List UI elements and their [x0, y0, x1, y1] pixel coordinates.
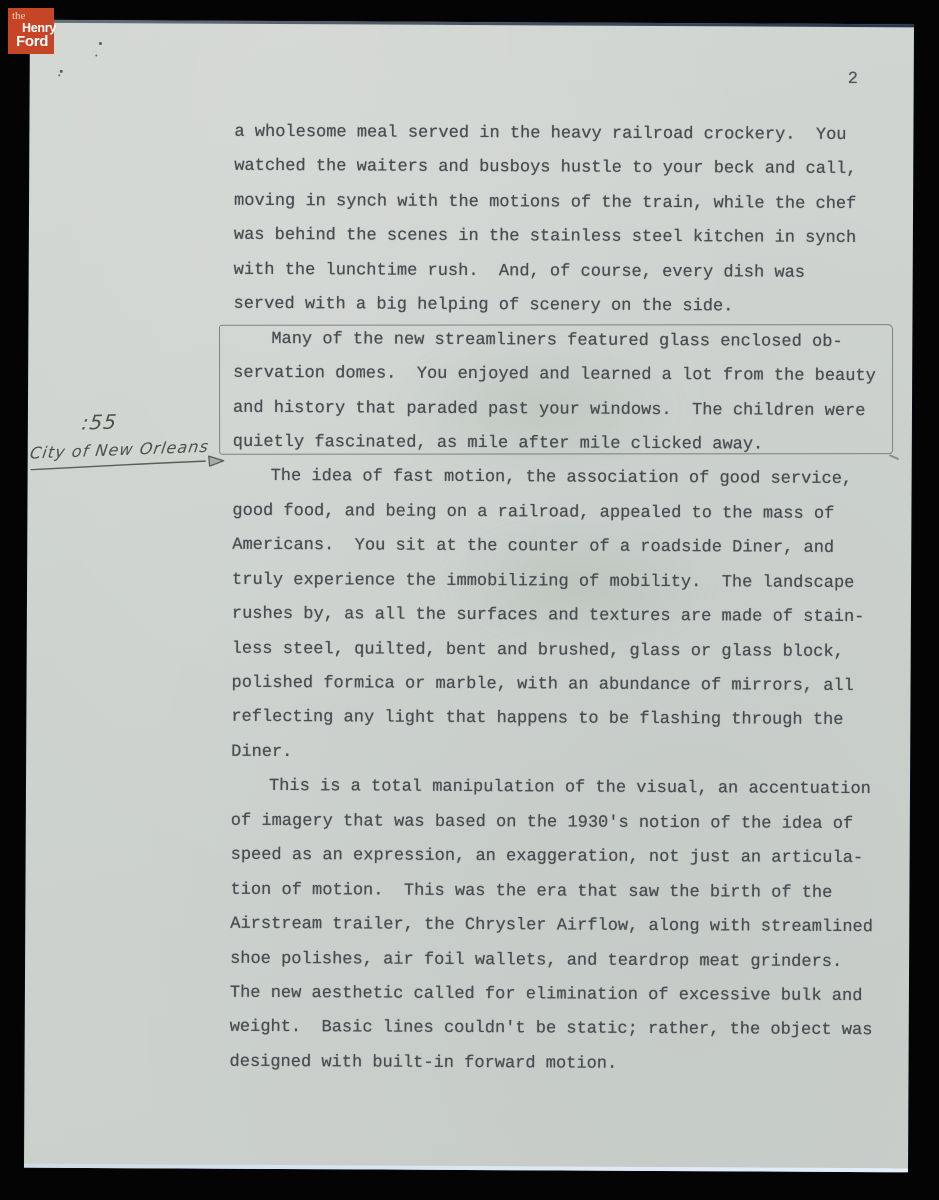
typescript-line: tion of motion. This was the era that sa…	[230, 873, 902, 911]
typescript-line: polished formica or marble, with an abun…	[231, 667, 903, 705]
typescript-line: Airstream trailer, the Chrysler Airflow,…	[230, 908, 902, 946]
typescript-line: rushes by, as all the surfaces and textu…	[232, 598, 904, 636]
typescript-line: designed with built-in forward motion.	[229, 1046, 901, 1084]
typescript-line: shoe polishes, air foil wallets, and tea…	[230, 942, 902, 980]
typescript-line: The idea of fast motion, the association…	[233, 460, 905, 498]
page-number: 2	[848, 70, 858, 89]
typescript-line: Americans. You sit at the counter of a r…	[232, 529, 904, 567]
typescript-line: speed as an expression, an exaggeration,…	[231, 839, 903, 877]
typescript-line: served with a big helping of scenery on …	[233, 288, 905, 326]
typescript-line: Many of the new streamliners featured gl…	[233, 322, 905, 360]
paper-bottom-edge	[24, 1164, 908, 1173]
ink-speck	[99, 42, 102, 45]
typescript-line: The new aesthetic called for elimination…	[230, 977, 902, 1015]
henry-ford-logo: the Henry Ford	[8, 8, 54, 54]
ink-speck	[60, 70, 63, 73]
paper-top-edge	[30, 20, 914, 28]
typescript-line: with the lunchtime rush. And, of course,…	[234, 254, 906, 292]
typescript-body: a wholesome meal served in the heavy rai…	[229, 116, 906, 1084]
typescript-line: and history that paraded past your windo…	[233, 391, 905, 429]
handwritten-time-note: :55	[80, 410, 118, 435]
typescript-line: of imagery that was based on the 1930's …	[231, 805, 903, 843]
typescript-line: a wholesome meal served in the heavy rai…	[234, 116, 906, 154]
typescript-line: watched the waiters and busboys hustle t…	[234, 150, 906, 188]
typescript-line: servation domes. You enjoyed and learned…	[233, 357, 905, 395]
typescript-line: weight. Basic lines couldn't be static; …	[230, 1011, 902, 1049]
typescript-line: good food, and being on a railroad, appe…	[232, 495, 904, 533]
typescript-line: truly experience the immobilizing of mob…	[232, 563, 904, 601]
henry-ford-logo-ford: Ford	[16, 33, 48, 50]
annotation-arrow	[28, 448, 243, 479]
document-page: 2 a wholesome meal served in the heavy r…	[24, 20, 914, 1173]
scan-background: 2 a wholesome meal served in the heavy r…	[0, 0, 939, 1200]
typescript-line: quietly fascinated, as mile after mile c…	[233, 426, 905, 464]
typescript-line: Diner.	[231, 736, 903, 774]
typescript-line: moving in synch with the motions of the …	[234, 185, 906, 223]
typescript-line: less steel, quilted, bent and brushed, g…	[232, 632, 904, 670]
typescript-line: This is a total manipulation of the visu…	[231, 770, 903, 808]
typescript-line: reflecting any light that happens to be …	[231, 701, 903, 739]
typescript-line: was behind the scenes in the stainless s…	[234, 219, 906, 257]
